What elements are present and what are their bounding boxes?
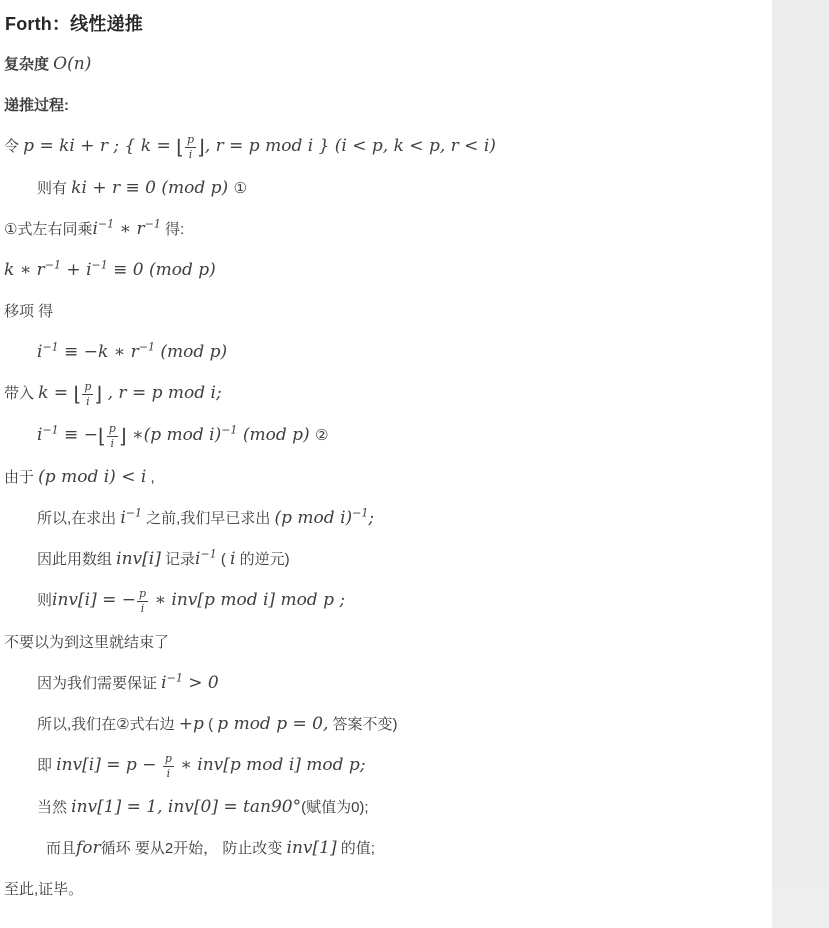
page-title: Forth：线性递推 bbox=[5, 10, 762, 36]
math-segment: (mod p) bbox=[237, 425, 315, 445]
text-segment: 所以,在求出 bbox=[37, 510, 120, 527]
math-segment: ≡ −k ∗ bbox=[59, 342, 131, 362]
math-power: r−1 bbox=[37, 260, 61, 280]
text-segment: 记录 bbox=[161, 551, 195, 568]
text-segment: 则 bbox=[37, 592, 52, 609]
add-p-line: 所以,我们在②式右边 +p ( p mod p = 0, 答案不变) bbox=[4, 712, 762, 737]
math-segment: ≡ 0 (mod p) bbox=[108, 260, 216, 280]
text-segment: 由于 bbox=[4, 469, 38, 486]
fraction-body: pi bbox=[185, 134, 196, 160]
math-segment: (p mod i) bbox=[275, 508, 353, 528]
exponent: −1 bbox=[200, 548, 216, 561]
multiply-step: ①式左右同乘i−1 ∗ r−1 得: bbox=[4, 217, 762, 242]
math-segment: p = ki + r ; { k = bbox=[23, 136, 176, 156]
math-segment: inv[1] = 1, inv[0] = tan90° bbox=[71, 797, 301, 817]
circled-number: ① bbox=[4, 220, 17, 238]
text-segment: 令 bbox=[4, 138, 23, 155]
formula-setup: 令 p = ki + r ; { k = ⌊pi⌋, r = p mod i }… bbox=[4, 134, 762, 160]
math-power: −1 bbox=[352, 508, 368, 528]
fraction-numerator: p bbox=[107, 423, 118, 437]
math-segment: O(n) bbox=[53, 54, 91, 74]
fraction-numerator: p bbox=[185, 134, 196, 148]
not-finished-line: 不要以为到这里就结束了 bbox=[4, 630, 762, 655]
text-segment: 式左右同乘 bbox=[17, 221, 92, 238]
page: Forth：线性递推 复杂度 O(n)递推过程:令 p = ki + r ; {… bbox=[0, 0, 829, 888]
formula-transposed: i−1 ≡ −k ∗ r−1 (mod p) bbox=[4, 340, 762, 365]
math-segment: +p bbox=[179, 714, 204, 734]
text-segment: ( bbox=[217, 551, 230, 568]
text-segment: (赋值为0); bbox=[301, 799, 369, 816]
text-segment: 因为我们需要保证 bbox=[37, 675, 161, 692]
fraction-body: pi bbox=[82, 381, 93, 407]
math-segment: , r = p mod i; bbox=[102, 383, 221, 403]
fraction-body: pi bbox=[137, 588, 148, 614]
floor-close-bracket: ⌋ bbox=[119, 424, 127, 448]
math-segment: + bbox=[61, 260, 86, 280]
page-gutter bbox=[772, 0, 829, 888]
fraction-denominator: i bbox=[111, 437, 115, 450]
recurrence-label: 递推过程: bbox=[4, 93, 762, 118]
floor-fraction: ⌊pi⌋ bbox=[98, 427, 127, 444]
math-segment: ; bbox=[368, 508, 374, 528]
array-line: 因此用数组 inv[i] 记录i−1 ( i 的逆元) bbox=[4, 547, 762, 572]
formula-expanded: k ∗ r−1 + i−1 ≡ 0 (mod p) bbox=[4, 258, 762, 283]
document-body: 复杂度 O(n)递推过程:令 p = ki + r ; { k = ⌊pi⌋, … bbox=[4, 52, 762, 902]
text-segment: 复杂度 bbox=[4, 56, 53, 73]
floor-open-bracket: ⌊ bbox=[98, 424, 106, 448]
fraction-numerator: p bbox=[82, 381, 93, 395]
math-segment: inv[i] bbox=[116, 549, 161, 569]
exponent: −1 bbox=[145, 217, 161, 230]
text-segment: 之前,我们早已求出 bbox=[142, 510, 275, 527]
text-segment: 则有 bbox=[37, 180, 71, 197]
math-segment: inv[i] = − bbox=[52, 590, 136, 610]
text-segment: 而且 bbox=[46, 840, 76, 857]
fraction-denominator: i bbox=[167, 767, 171, 780]
math-segment: for bbox=[76, 838, 101, 858]
text-segment: 式右边 bbox=[130, 716, 179, 733]
math-power: i−1 bbox=[86, 260, 108, 280]
text-segment: 得: bbox=[161, 221, 184, 238]
math-segment: k = bbox=[38, 383, 73, 403]
math-segment: ≡ − bbox=[59, 425, 98, 445]
math-power: r−1 bbox=[137, 219, 161, 239]
so-line: 所以,在求出 i−1 之前,我们早已求出 (p mod i)−1; bbox=[4, 506, 762, 531]
math-power: i−1 bbox=[37, 342, 59, 362]
floor-open-bracket: ⌊ bbox=[74, 382, 82, 406]
math-segment: > 0 bbox=[183, 673, 219, 693]
text-segment: 所以,我们在 bbox=[37, 716, 116, 733]
text-segment: 递推过程: bbox=[4, 97, 69, 114]
text-segment: 不要以为到这里就结束了 bbox=[4, 634, 169, 651]
math-power: i−1 bbox=[195, 549, 217, 569]
math-segment: k ∗ bbox=[4, 260, 37, 280]
math-power: r−1 bbox=[131, 342, 155, 362]
math-power: i−1 bbox=[120, 508, 142, 528]
fraction-denominator: i bbox=[86, 395, 90, 408]
text-segment: 循环 要从2开始， 防止改变 bbox=[101, 840, 287, 857]
fraction-numerator: p bbox=[163, 753, 174, 767]
fraction: pi bbox=[162, 757, 175, 774]
math-segment: ∗ inv[p mod i] mod p ; bbox=[149, 590, 345, 610]
math-segment: inv[1] bbox=[287, 838, 337, 858]
math-power: i−1 bbox=[92, 219, 114, 239]
floor-fraction: ⌊pi⌋ bbox=[74, 385, 103, 402]
qed-line: 至此,证毕。 bbox=[4, 877, 762, 902]
math-segment: (p mod i) < i bbox=[38, 467, 146, 487]
loop-note-line: 而且for循环 要从2开始， 防止改变 inv[1] 的值; bbox=[4, 836, 762, 861]
circled-number: ② bbox=[116, 715, 129, 733]
exponent: −1 bbox=[45, 258, 61, 271]
inv-formula: 则inv[i] = −pi ∗ inv[p mod i] mod p ; bbox=[4, 588, 762, 614]
substitute-step: 带入 k = ⌊pi⌋ , r = p mod i; bbox=[4, 381, 762, 407]
guarantee-line: 因为我们需要保证 i−1 > 0 bbox=[4, 671, 762, 696]
fraction-denominator: i bbox=[189, 148, 193, 161]
math-segment: , r = p mod i } (i < p, k < p, r < i) bbox=[205, 136, 496, 156]
text-segment: 带入 bbox=[4, 385, 38, 402]
fraction-body: pi bbox=[163, 753, 174, 779]
exponent: −1 bbox=[42, 424, 58, 437]
final-formula: 即 inv[i] = p − pi ∗ inv[p mod i] mod p; bbox=[4, 753, 762, 779]
math-segment: ki + r ≡ 0 (mod p) bbox=[71, 178, 233, 198]
math-power: i−1 bbox=[37, 425, 59, 445]
floor-fraction: ⌊pi⌋ bbox=[176, 138, 205, 155]
math-segment: ∗ inv[p mod i] mod p; bbox=[175, 755, 366, 775]
exponent: −1 bbox=[167, 672, 183, 685]
math-segment: p mod p = 0, bbox=[217, 714, 328, 734]
text-segment: 至此,证毕。 bbox=[4, 881, 83, 898]
fraction-body: pi bbox=[107, 423, 118, 449]
floor-close-bracket: ⌋ bbox=[197, 135, 205, 159]
fraction-denominator: i bbox=[141, 602, 145, 615]
math-segment: (mod p) bbox=[155, 342, 227, 362]
exponent: −1 bbox=[221, 424, 237, 437]
text-segment: 的逆元) bbox=[235, 551, 289, 568]
exponent: −1 bbox=[92, 258, 108, 271]
transpose-label: 移项 得 bbox=[4, 299, 762, 324]
text-segment: 答案不变) bbox=[328, 716, 397, 733]
exponent: −1 bbox=[352, 507, 368, 520]
math-power: i−1 bbox=[161, 673, 183, 693]
math-power: −1 bbox=[221, 425, 237, 445]
fraction: pi bbox=[136, 592, 149, 609]
formula-2: i−1 ≡ −⌊pi⌋ ∗(p mod i)−1 (mod p) ② bbox=[4, 423, 762, 449]
article-content: Forth：线性递推 复杂度 O(n)递推过程:令 p = ki + r ; {… bbox=[0, 0, 772, 928]
math-segment: ∗ bbox=[114, 219, 136, 239]
exponent: −1 bbox=[139, 340, 155, 353]
formula-1: 则有 ki + r ≡ 0 (mod p) ① bbox=[4, 176, 762, 201]
complexity-line: 复杂度 O(n) bbox=[4, 52, 762, 77]
base-case-line: 当然 inv[1] = 1, inv[0] = tan90°(赋值为0); bbox=[4, 795, 762, 820]
exponent: −1 bbox=[98, 217, 114, 230]
text-segment: 因此用数组 bbox=[37, 551, 116, 568]
floor-open-bracket: ⌊ bbox=[176, 135, 184, 159]
circled-number: ② bbox=[315, 426, 328, 444]
text-segment: 的值; bbox=[337, 840, 375, 857]
exponent: −1 bbox=[126, 507, 142, 520]
circled-number: ① bbox=[234, 179, 247, 197]
text-segment: ( bbox=[204, 716, 217, 733]
math-segment: ∗(p mod i) bbox=[127, 425, 222, 445]
fraction-numerator: p bbox=[137, 588, 148, 602]
exponent: −1 bbox=[42, 340, 58, 353]
text-segment: 移项 得 bbox=[4, 303, 53, 320]
text-segment: 即 bbox=[37, 757, 56, 774]
text-segment: 当然 bbox=[37, 799, 71, 816]
text-segment: , bbox=[146, 469, 154, 486]
since-line: 由于 (p mod i) < i , bbox=[4, 465, 762, 490]
math-segment: inv[i] = p − bbox=[56, 755, 162, 775]
